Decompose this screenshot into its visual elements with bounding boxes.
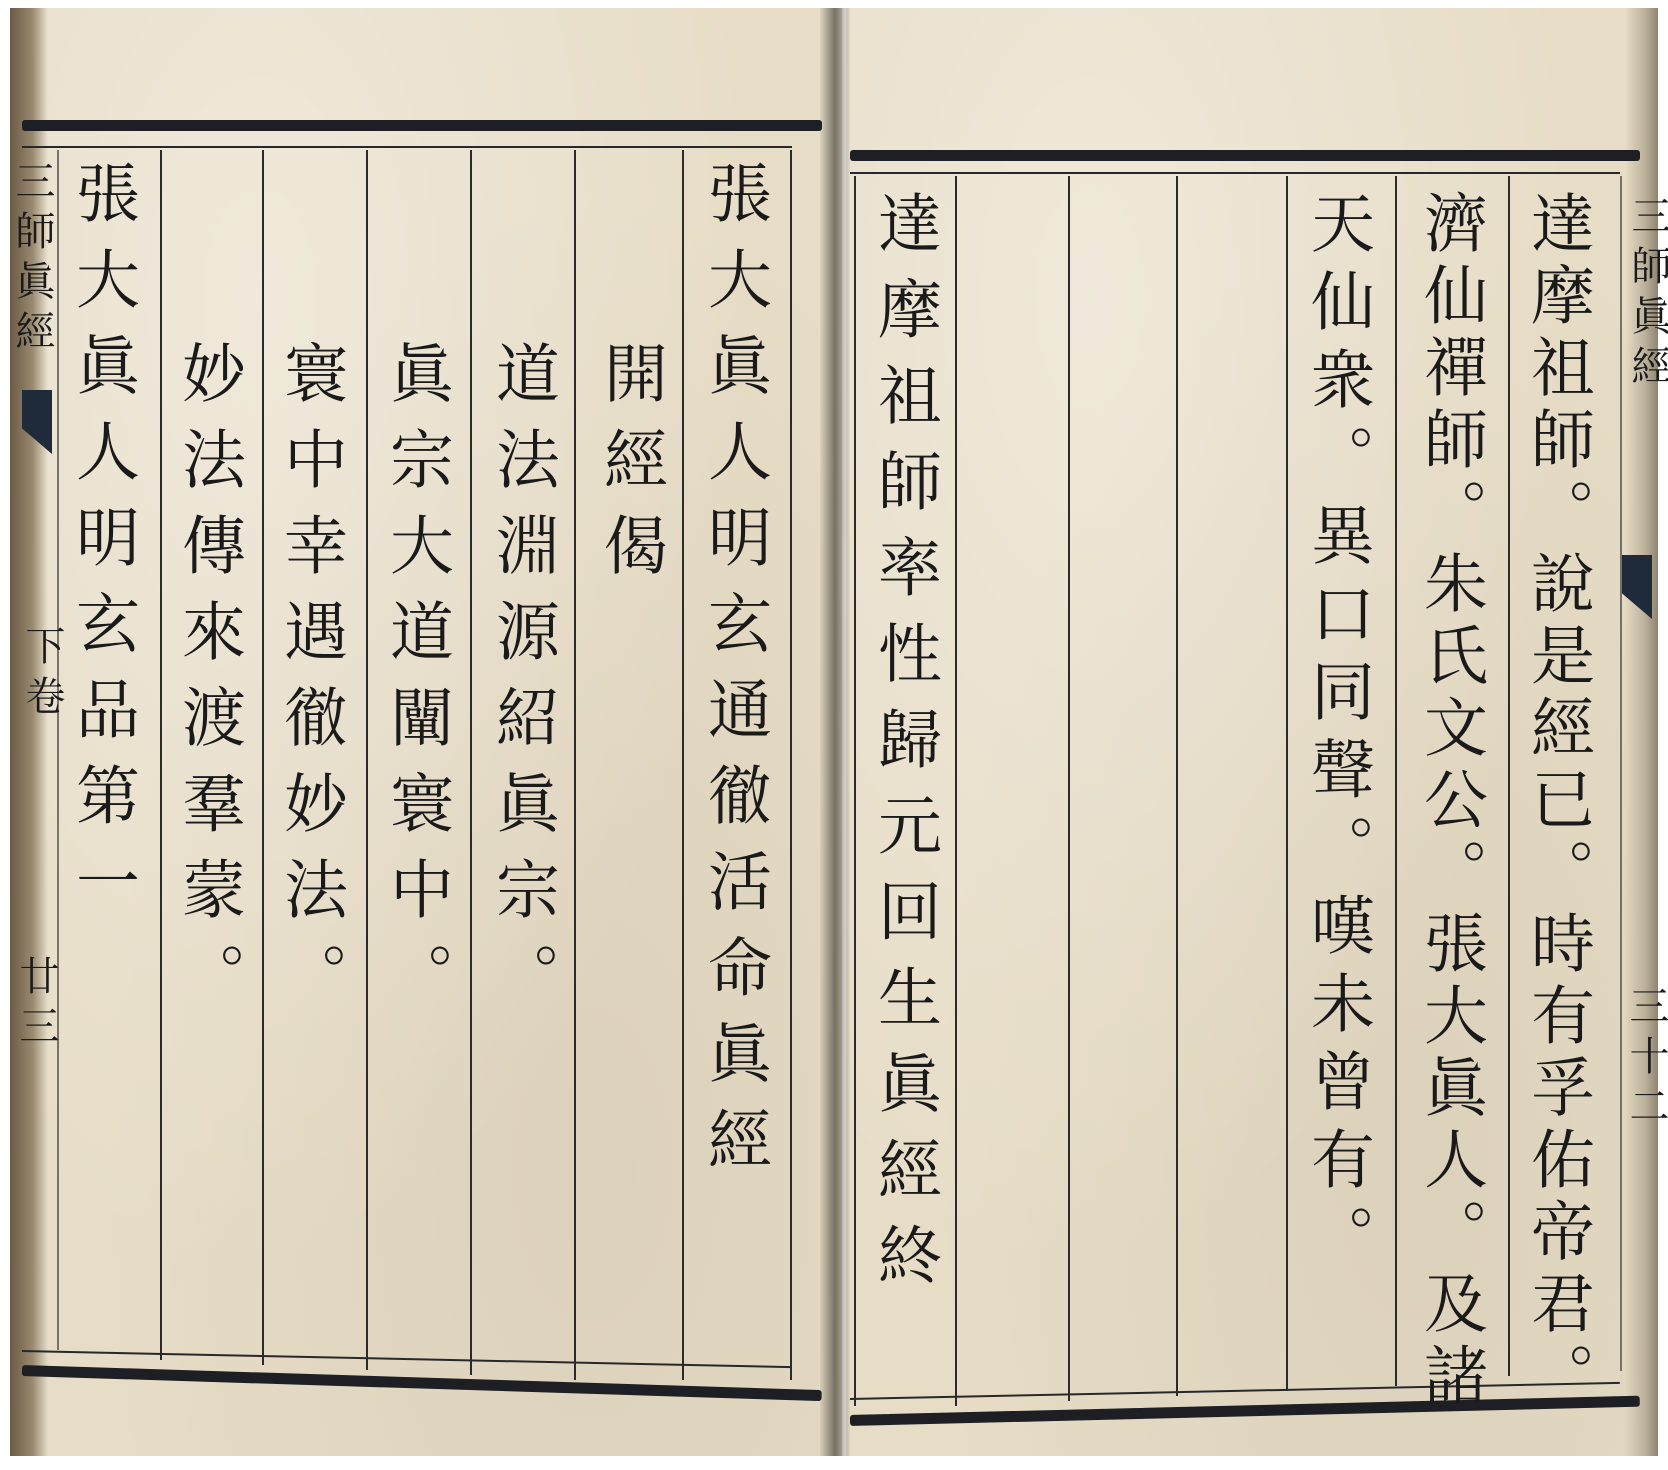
left-column-2-heading: 開經偈 xyxy=(598,340,662,598)
right-top-inner-rule xyxy=(850,172,1620,174)
book-spine xyxy=(820,8,850,1456)
left-column-1-title: 張大眞人明玄通徹活命眞經 xyxy=(702,160,766,1192)
right-column-rule xyxy=(854,176,856,1406)
right-column-rule xyxy=(1620,176,1622,1371)
right-column-rule xyxy=(1068,176,1070,1401)
left-margin-page-number: 廿三 xyxy=(16,955,56,1055)
left-margin-title: 三師眞經 xyxy=(12,160,52,360)
right-column-rule xyxy=(955,176,957,1406)
left-top-border xyxy=(22,120,822,131)
left-column-7-chapter: 張大眞人明玄品第一 xyxy=(70,160,134,934)
left-column-rule xyxy=(574,150,576,1380)
left-top-inner-rule xyxy=(22,146,792,148)
left-column-rule xyxy=(470,150,472,1375)
left-column-5-verse: 寰中幸遇徹妙法。 xyxy=(278,340,342,1028)
left-column-rule xyxy=(262,150,264,1365)
left-margin-volume: 下卷 xyxy=(22,625,62,725)
right-margin-title: 三師眞經 xyxy=(1628,195,1668,395)
left-column-6-verse: 妙法傳來渡羣蒙。 xyxy=(176,340,240,1028)
right-column-7-ending: 達摩祖師率性歸元回生眞經終 xyxy=(872,190,936,1308)
right-column-rule xyxy=(1395,176,1397,1386)
right-column-rule xyxy=(1508,176,1510,1376)
left-column-3-verse: 道法淵源紹眞宗。 xyxy=(490,340,554,1028)
right-column-2: 濟仙禪師。朱氏文公。張大眞人。及諸 xyxy=(1418,190,1482,1414)
left-column-rule xyxy=(790,150,792,1380)
left-column-rule xyxy=(682,150,684,1380)
left-column-4-verse: 眞宗大道闡寰中。 xyxy=(384,340,448,1028)
left-column-rule xyxy=(160,150,162,1360)
right-column-rule xyxy=(1176,176,1178,1396)
right-column-rule xyxy=(1286,176,1288,1391)
right-top-border xyxy=(850,150,1640,161)
left-column-rule xyxy=(366,150,368,1370)
right-column-1: 達摩祖師。說是經已。時有孚佑帝君。 xyxy=(1525,190,1589,1414)
right-margin-page-number: 三十二 xyxy=(1626,985,1666,1135)
right-column-3: 天仙衆。異口同聲。嘆未曾有。 xyxy=(1305,190,1369,1282)
left-column-rule xyxy=(57,150,59,1350)
